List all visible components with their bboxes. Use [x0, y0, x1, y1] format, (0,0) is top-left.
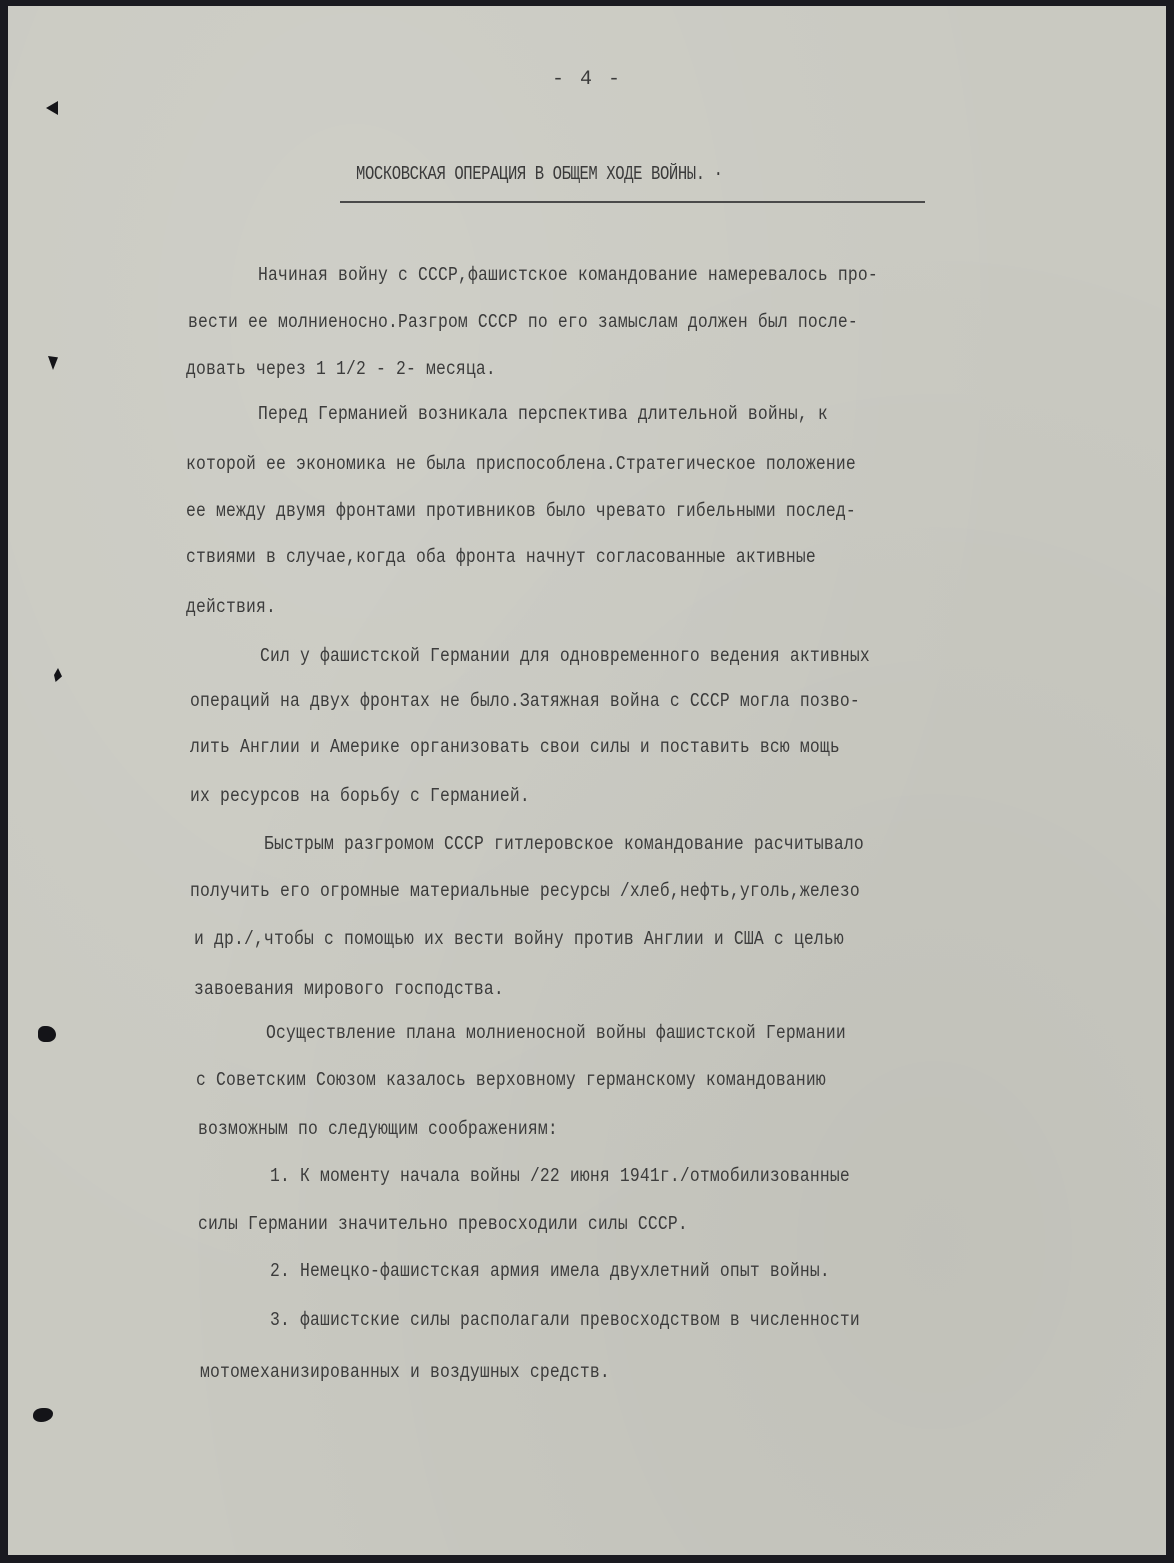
text-line: получить его огромные материальные ресур…	[190, 880, 860, 902]
text-line: лить Англии и Америке организовать свои …	[190, 736, 840, 758]
text-line: Начиная войну с СССР,фашистское командов…	[258, 264, 878, 286]
text-line: ствиями в случае,когда оба фронта начнут…	[186, 546, 816, 568]
title-underline	[340, 201, 925, 203]
text-line: 2. Немецко-фашистская армия имела двухле…	[270, 1260, 830, 1282]
text-line: завоевания мирового господства.	[194, 978, 504, 1000]
document-title: МОСКОВСКАЯ ОПЕРАЦИЯ В ОБЩЕМ ХОДЕ ВОЙНЫ. …	[356, 163, 723, 185]
punch-hole-icon	[33, 1408, 53, 1422]
page-number: - 4 -	[0, 68, 1174, 91]
text-line: их ресурсов на борьбу с Германией.	[190, 785, 530, 807]
text-line: операций на двух фронтах не было.Затяжна…	[190, 690, 860, 712]
text-line: силы Германии значительно превосходили с…	[198, 1213, 688, 1235]
text-line: Быстрым разгромом СССР гитлеровское кома…	[264, 833, 864, 855]
punch-hole-icon	[38, 1026, 56, 1042]
text-line: вести ее молниеносно.Разгром СССР по его…	[188, 311, 858, 333]
text-line: мотомеханизированных и воздушных средств…	[200, 1361, 610, 1383]
text-line: с Советским Союзом казалось верховному г…	[196, 1069, 826, 1091]
text-line: Осуществление плана молниеносной войны ф…	[266, 1022, 846, 1044]
text-line: возможным по следующим соображениям:	[198, 1118, 558, 1140]
text-line: и др./,чтобы с помощью их вести войну пр…	[194, 928, 844, 950]
text-line: Сил у фашистской Германии для одновремен…	[260, 645, 870, 667]
text-line: 1. К моменту начала войны /22 июня 1941г…	[270, 1165, 850, 1187]
text-line: Перед Германией возникала перспектива дл…	[258, 403, 828, 425]
text-line: которой ее экономика не была приспособле…	[186, 453, 856, 475]
punch-hole-icon	[48, 356, 58, 370]
text-line: ее между двумя фронтами противников было…	[186, 500, 856, 522]
text-line: 3. фашистские силы располагали превосход…	[270, 1309, 860, 1331]
text-line: действия.	[186, 596, 276, 618]
text-line: довать через 1 1/2 - 2- месяца.	[186, 358, 496, 380]
punch-hole-icon	[46, 101, 58, 115]
punch-hole-icon	[54, 668, 62, 682]
